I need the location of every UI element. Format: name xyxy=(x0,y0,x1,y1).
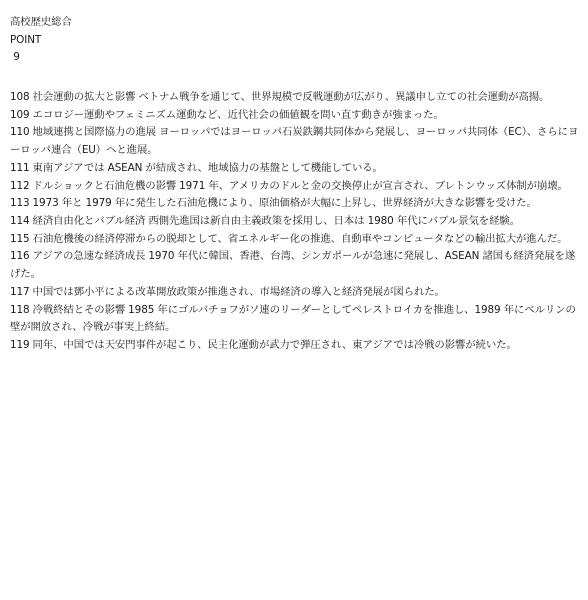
entry-number: 110 xyxy=(10,126,30,138)
document-page: 高校歴史総合 POINT 9 108社会運動の拡大と影響ベトナム戦争を通じて、世… xyxy=(0,0,588,355)
entry-text: 石油危機後の経済停滞からの脱却として、省エネルギー化の推進、自動車やコンピュータ… xyxy=(33,233,568,245)
list-item: 116アジアの急速な経済成長1970 年代に韓国、香港、台湾、シンガポールが急速… xyxy=(10,248,580,283)
list-item: 118冷戦終結とその影響1985 年にゴルバチョフがソ連のリーダーとしてペレスト… xyxy=(10,302,580,337)
entry-topic: 冷戦終結とその影響 xyxy=(33,304,126,316)
list-item: 112ドルショックと石油危機の影響1971 年、アメリカのドルと金の交換停止が宣… xyxy=(10,178,580,196)
entry-number: 111 xyxy=(10,162,30,174)
list-item: 111東南アジアでは ASEAN が結成され、地域協力の基盤として機能している。 xyxy=(10,160,580,178)
list-item: 114経済自由化とバブル経済西側先進国は新自由主義政策を採用し、日本は 1980… xyxy=(10,213,580,231)
section-label: POINT xyxy=(10,32,580,50)
entry-text: ベトナム戦争を通じて、世界規模で反戦運動が広がり、異議申し立ての社会運動が高揚。 xyxy=(138,91,549,103)
list-item: 115石油危機後の経済停滞からの脱却として、省エネルギー化の推進、自動車やコンピ… xyxy=(10,231,580,249)
document-title: 高校歴史総合 xyxy=(10,14,580,32)
entry-text: 西側先進国は新自由主義政策を採用し、日本は 1980 年代にバブル景気を経験。 xyxy=(148,215,520,227)
entry-text: 同年、中国では天安門事件が起こり、民主化運動が武力で弾圧され、東アジアでは冷戦の… xyxy=(33,339,517,351)
entry-text: 1971 年、アメリカのドルと金の交換停止が宣言され、ブレトンウッズ体制が崩壊。 xyxy=(179,180,568,192)
entry-topic: ドルショックと石油危機の影響 xyxy=(33,180,177,192)
list-item: 117中国では鄧小平による改革開放政策が推進され、市場経済の導入と経済発展が図ら… xyxy=(10,284,580,302)
spacer xyxy=(10,67,580,89)
entry-number: 118 xyxy=(10,304,30,316)
entry-number: 115 xyxy=(10,233,30,245)
list-item: 108社会運動の拡大と影響ベトナム戦争を通じて、世界規模で反戦運動が広がり、異議… xyxy=(10,89,580,107)
list-item: 110地域連携と国際協力の進展ヨーロッパではヨーロッパ石炭鉄鋼共同体から発展し、… xyxy=(10,124,580,159)
entry-text: 1973 年と 1979 年に発生した石油危機により、原油価格が大幅に上昇し、世… xyxy=(33,197,537,209)
entry-number: 112 xyxy=(10,180,30,192)
entry-number: 108 xyxy=(10,91,30,103)
entry-topic: 経済自由化とバブル経済 xyxy=(33,215,146,227)
entry-number: 109 xyxy=(10,109,30,121)
entry-number: 119 xyxy=(10,339,30,351)
entry-number: 117 xyxy=(10,286,30,298)
entry-topic: アジアの急速な経済成長 xyxy=(33,250,146,262)
list-item: 1131973 年と 1979 年に発生した石油危機により、原油価格が大幅に上昇… xyxy=(10,195,580,213)
entry-topic: 地域連携と国際協力の進展 xyxy=(33,126,157,138)
entry-number: 116 xyxy=(10,250,30,262)
entry-number: 114 xyxy=(10,215,30,227)
entry-list: 108社会運動の拡大と影響ベトナム戦争を通じて、世界規模で反戦運動が広がり、異議… xyxy=(10,89,580,355)
list-item: 109エコロジー運動やフェミニズム運動など、近代社会の価値観を問い直す動きが強ま… xyxy=(10,107,580,125)
point-number: 9 xyxy=(10,49,580,67)
entry-topic: 社会運動の拡大と影響 xyxy=(33,91,136,103)
entry-text: エコロジー運動やフェミニズム運動など、近代社会の価値観を問い直す動きが強まった。 xyxy=(33,109,444,121)
entry-number: 113 xyxy=(10,197,30,209)
entry-text: 中国では鄧小平による改革開放政策が推進され、市場経済の導入と経済発展が図られた。 xyxy=(33,286,445,298)
list-item: 119同年、中国では天安門事件が起こり、民主化運動が武力で弾圧され、東アジアでは… xyxy=(10,337,580,355)
entry-text: 東南アジアでは ASEAN が結成され、地域協力の基盤として機能している。 xyxy=(33,162,383,174)
